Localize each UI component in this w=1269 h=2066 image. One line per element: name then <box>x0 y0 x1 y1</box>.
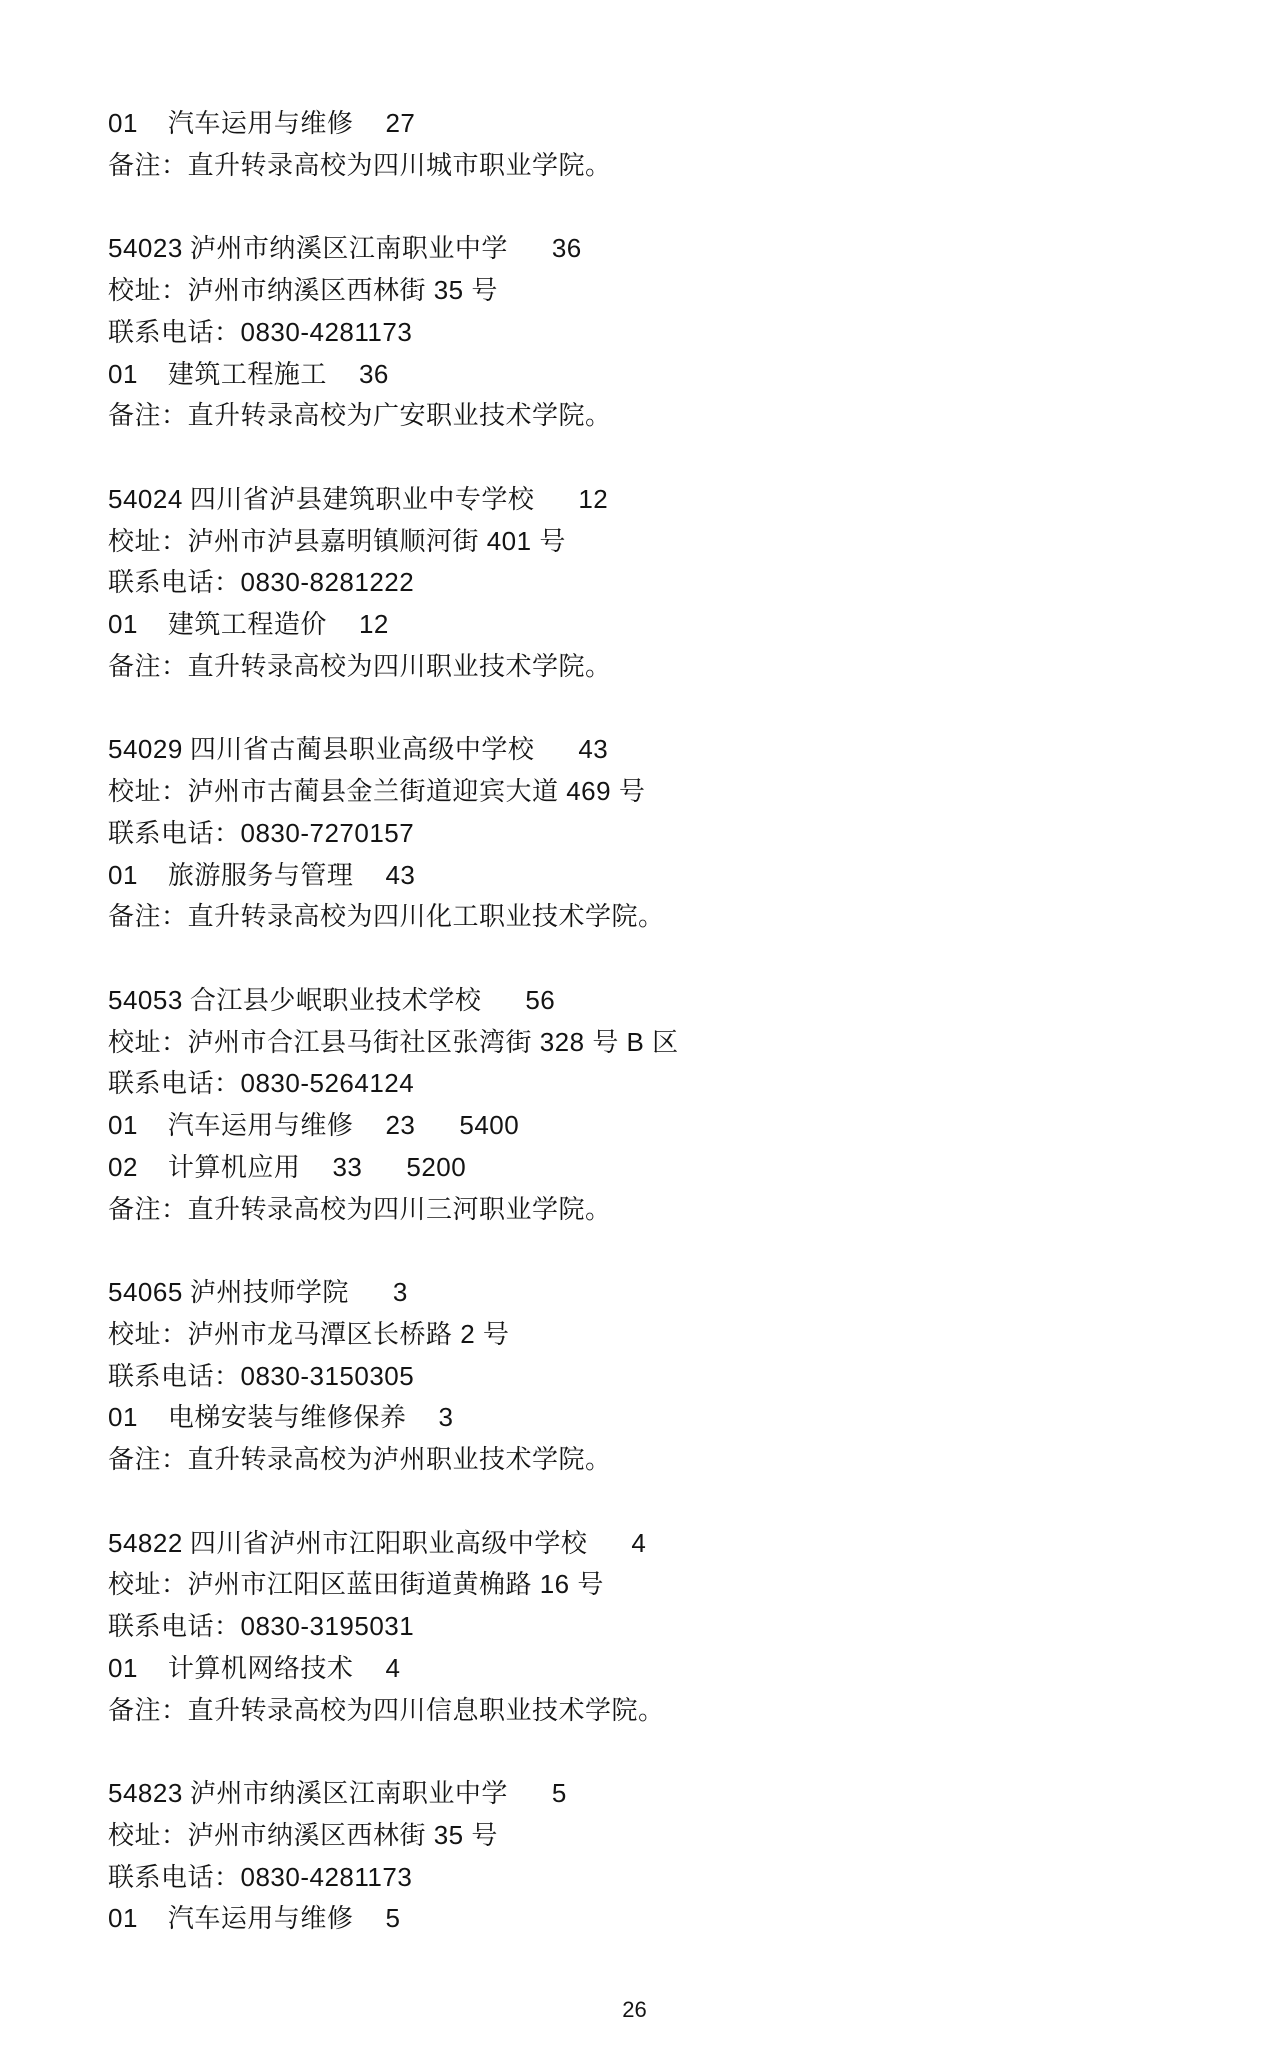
school-phone: 联系电话：0830-4281173 <box>108 312 1208 354</box>
major-name: 建筑工程施工 <box>168 359 327 389</box>
spacer <box>108 1731 1208 1773</box>
school-total: 12 <box>578 484 608 514</box>
school-note: 备注：直升转录高校为四川职业技术学院。 <box>108 646 1208 688</box>
major-code: 01 <box>108 1402 138 1432</box>
major-count: 27 <box>385 108 415 138</box>
major-name: 旅游服务与管理 <box>168 860 354 890</box>
major-name: 电梯安装与维修保养 <box>168 1402 407 1432</box>
school-name: 泸州市纳溪区江南职业中学 <box>190 233 508 263</box>
major-row: 02计算机应用335200 <box>108 1147 1208 1189</box>
major-fee: 5200 <box>406 1152 466 1182</box>
spacer <box>108 1481 1208 1523</box>
major-code: 02 <box>108 1152 138 1182</box>
school-heading: 54023泸州市纳溪区江南职业中学36 <box>108 228 1208 270</box>
school-phone: 联系电话：0830-3195031 <box>108 1606 1208 1648</box>
major-row: 01电梯安装与维修保养3 <box>108 1397 1208 1439</box>
major-count: 12 <box>359 609 389 639</box>
school-name: 泸州市纳溪区江南职业中学 <box>190 1778 508 1808</box>
school-block: 54023泸州市纳溪区江南职业中学36 校址：泸州市纳溪区西林街 35 号 联系… <box>108 228 1208 437</box>
major-name: 计算机应用 <box>168 1152 301 1182</box>
major-name: 汽车运用与维修 <box>168 1903 354 1933</box>
major-count: 33 <box>332 1152 362 1182</box>
school-phone: 联系电话：0830-5264124 <box>108 1063 1208 1105</box>
major-code: 01 <box>108 609 138 639</box>
major-code: 01 <box>108 1653 138 1683</box>
spacer <box>108 437 1208 479</box>
school-code: 54029 <box>108 734 183 764</box>
school-phone: 联系电话：0830-8281222 <box>108 562 1208 604</box>
school-code: 54053 <box>108 985 183 1015</box>
school-address: 校址：泸州市古蔺县金兰街道迎宾大道 469 号 <box>108 771 1208 813</box>
school-address: 校址：泸州市泸县嘉明镇顺河街 401 号 <box>108 521 1208 563</box>
school-phone: 联系电话：0830-4281173 <box>108 1857 1208 1899</box>
major-row: 01建筑工程造价12 <box>108 604 1208 646</box>
school-address: 校址：泸州市纳溪区西林街 35 号 <box>108 270 1208 312</box>
major-code: 01 <box>108 1110 138 1140</box>
major-fee: 5400 <box>459 1110 519 1140</box>
major-code: 01 <box>108 860 138 890</box>
school-block: 54024四川省泸县建筑职业中专学校12 校址：泸州市泸县嘉明镇顺河街 401 … <box>108 479 1208 688</box>
major-row: 01旅游服务与管理43 <box>108 855 1208 897</box>
school-name: 四川省古蔺县职业高级中学校 <box>190 734 535 764</box>
school-total: 4 <box>631 1528 646 1558</box>
major-name: 建筑工程造价 <box>168 609 327 639</box>
major-count: 3 <box>438 1402 453 1432</box>
school-block: 54053合江县少岷职业技术学校56 校址：泸州市合江县马街社区张湾街 328 … <box>108 980 1208 1231</box>
school-note: 备注：直升转录高校为四川城市职业学院。 <box>108 145 1208 187</box>
major-row: 01汽车运用与维修235400 <box>108 1105 1208 1147</box>
school-code: 54823 <box>108 1778 183 1808</box>
school-note: 备注：直升转录高校为泸州职业技术学院。 <box>108 1439 1208 1481</box>
school-total: 3 <box>393 1277 408 1307</box>
spacer <box>108 688 1208 730</box>
major-name: 计算机网络技术 <box>168 1653 354 1683</box>
school-phone: 联系电话：0830-3150305 <box>108 1356 1208 1398</box>
school-heading: 54823泸州市纳溪区江南职业中学5 <box>108 1773 1208 1815</box>
major-row: 01汽车运用与维修5 <box>108 1898 1208 1940</box>
school-address: 校址：泸州市合江县马街社区张湾街 328 号 B 区 <box>108 1022 1208 1064</box>
major-row: 01计算机网络技术4 <box>108 1648 1208 1690</box>
major-code: 01 <box>108 108 138 138</box>
school-heading: 54029四川省古蔺县职业高级中学校43 <box>108 729 1208 771</box>
school-code: 54023 <box>108 233 183 263</box>
school-block: 54065泸州技师学院3 校址：泸州市龙马潭区长桥路 2 号 联系电话：0830… <box>108 1272 1208 1481</box>
major-count: 36 <box>359 359 389 389</box>
school-name: 合江县少岷职业技术学校 <box>190 985 482 1015</box>
school-total: 56 <box>525 985 555 1015</box>
school-note: 备注：直升转录高校为广安职业技术学院。 <box>108 395 1208 437</box>
spacer <box>108 187 1208 229</box>
school-note: 备注：直升转录高校为四川三河职业学院。 <box>108 1189 1208 1231</box>
school-total: 5 <box>552 1778 567 1808</box>
major-name: 汽车运用与维修 <box>168 1110 354 1140</box>
school-total: 36 <box>552 233 582 263</box>
major-code: 01 <box>108 1903 138 1933</box>
school-address: 校址：泸州市龙马潭区长桥路 2 号 <box>108 1314 1208 1356</box>
school-code: 54065 <box>108 1277 183 1307</box>
school-block: 54822四川省泸州市江阳职业高级中学校4 校址：泸州市江阳区蓝田街道黄桷路 1… <box>108 1523 1208 1732</box>
school-name: 四川省泸县建筑职业中专学校 <box>190 484 535 514</box>
school-code: 54822 <box>108 1528 183 1558</box>
school-address: 校址：泸州市纳溪区西林街 35 号 <box>108 1815 1208 1857</box>
school-note: 备注：直升转录高校为四川信息职业技术学院。 <box>108 1690 1208 1732</box>
school-heading: 54822四川省泸州市江阳职业高级中学校4 <box>108 1523 1208 1565</box>
major-name: 汽车运用与维修 <box>168 108 354 138</box>
major-count: 4 <box>385 1653 400 1683</box>
document-page: 01汽车运用与维修27 备注：直升转录高校为四川城市职业学院。 54023泸州市… <box>108 103 1208 1940</box>
school-phone: 联系电话：0830-7270157 <box>108 813 1208 855</box>
major-code: 01 <box>108 359 138 389</box>
spacer <box>108 938 1208 980</box>
school-heading: 54065泸州技师学院3 <box>108 1272 1208 1314</box>
school-heading: 54053合江县少岷职业技术学校56 <box>108 980 1208 1022</box>
school-name: 泸州技师学院 <box>190 1277 349 1307</box>
major-row: 01汽车运用与维修27 <box>108 103 1208 145</box>
major-count: 43 <box>385 860 415 890</box>
school-heading: 54024四川省泸县建筑职业中专学校12 <box>108 479 1208 521</box>
spacer <box>108 1230 1208 1272</box>
school-name: 四川省泸州市江阳职业高级中学校 <box>190 1528 588 1558</box>
major-count: 5 <box>385 1903 400 1933</box>
school-block: 54823泸州市纳溪区江南职业中学5 校址：泸州市纳溪区西林街 35 号 联系电… <box>108 1773 1208 1940</box>
school-note: 备注：直升转录高校为四川化工职业技术学院。 <box>108 896 1208 938</box>
school-block: 54029四川省古蔺县职业高级中学校43 校址：泸州市古蔺县金兰街道迎宾大道 4… <box>108 729 1208 938</box>
major-row: 01建筑工程施工36 <box>108 354 1208 396</box>
page-number: 26 <box>0 1996 1269 2024</box>
major-count: 23 <box>385 1110 415 1140</box>
school-code: 54024 <box>108 484 183 514</box>
school-total: 43 <box>578 734 608 764</box>
school-address: 校址：泸州市江阳区蓝田街道黄桷路 16 号 <box>108 1564 1208 1606</box>
